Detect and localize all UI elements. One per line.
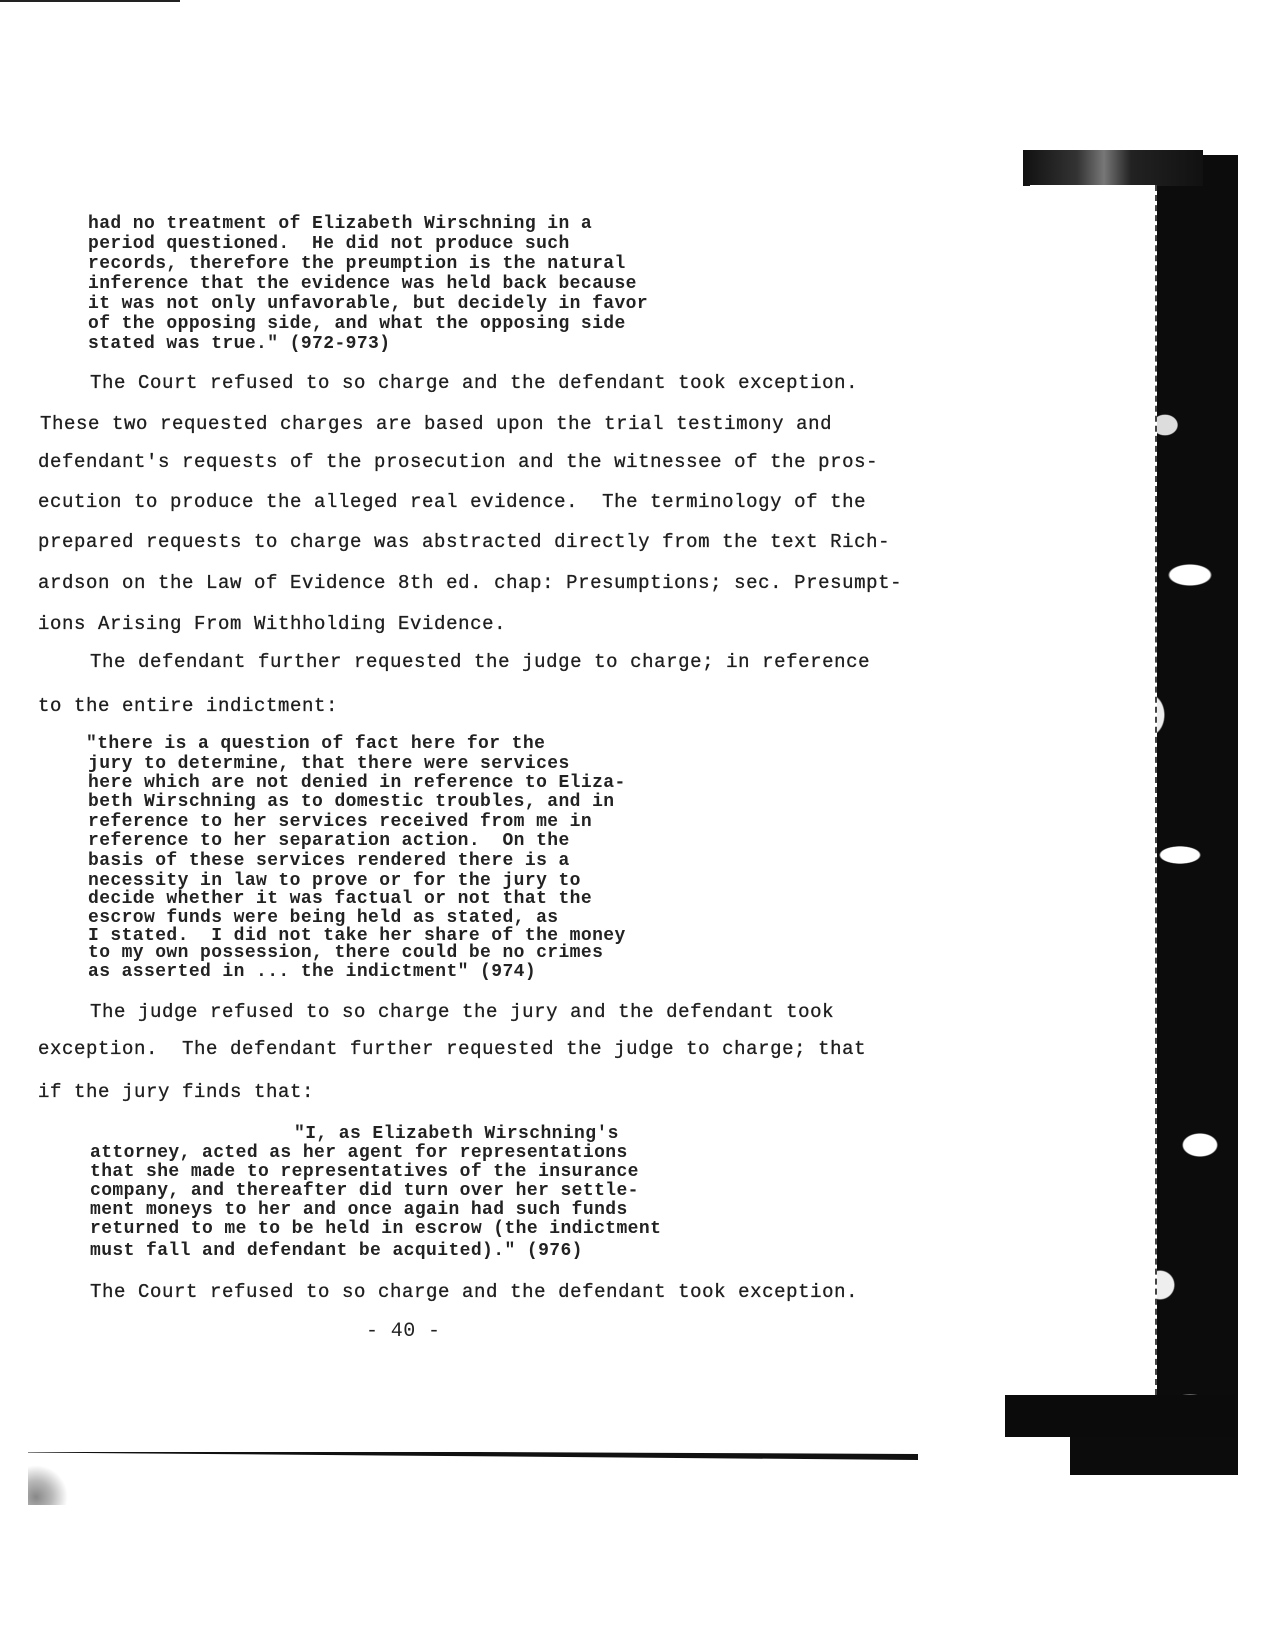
- quote-line: records, therefore the preumption is the…: [88, 254, 626, 274]
- quote-line: company, and thereafter did turn over he…: [90, 1181, 639, 1201]
- quote-line: as asserted in ... the indictment" (974): [88, 962, 536, 982]
- paragraph-line: The Court refused to so charge and the d…: [90, 372, 858, 394]
- quote-line: period questioned. He did not produce su…: [88, 234, 570, 254]
- quote-line: stated was true." (972-973): [88, 334, 390, 354]
- quote-line: beth Wirschning as to domestic troubles,…: [88, 792, 614, 812]
- quote-line: here which are not denied in reference t…: [88, 773, 626, 793]
- quote-line: ment moneys to her and once again had su…: [90, 1200, 628, 1220]
- quote-line: escrow funds were being held as stated, …: [88, 908, 558, 928]
- paragraph-line: The judge refused to so charge the jury …: [90, 1001, 834, 1023]
- scan-edge-panel: [1030, 185, 1157, 1395]
- paragraph-line: ecution to produce the alleged real evid…: [38, 491, 866, 513]
- quote-line: must fall and defendant be acquited)." (…: [90, 1241, 583, 1261]
- quote-line: "there is a question of fact here for th…: [86, 734, 545, 754]
- paragraph-line: The Court refused to so charge and the d…: [90, 1281, 858, 1303]
- paragraph-line: These two requested charges are based up…: [40, 413, 832, 435]
- paragraph-line: The defendant further requested the judg…: [90, 651, 870, 673]
- quote-line: basis of these services rendered there i…: [88, 851, 570, 871]
- quote-line: "I, as Elizabeth Wirschning's: [294, 1124, 619, 1144]
- document-page: had no treatment of Elizabeth Wirschning…: [0, 0, 1000, 1650]
- paragraph-line: if the jury finds that:: [38, 1081, 314, 1103]
- paragraph-line: ardson on the Law of Evidence 8th ed. ch…: [38, 572, 902, 594]
- quote-line: of the opposing side, and what the oppos…: [88, 314, 626, 334]
- quote-line: to my own possession, there could be no …: [88, 943, 603, 963]
- quote-line: attorney, acted as her agent for represe…: [90, 1143, 628, 1163]
- quote-line: had no treatment of Elizabeth Wirschning…: [88, 214, 592, 234]
- quote-line: reference to her services received from …: [88, 812, 592, 832]
- paragraph-line: exception. The defendant further request…: [38, 1038, 866, 1060]
- paragraph-line: defendant's requests of the prosecution …: [38, 451, 878, 473]
- scan-noise-mark: [28, 1465, 68, 1505]
- quote-line: that she made to representatives of the …: [90, 1162, 639, 1182]
- quote-line: returned to me to be held in escrow (the…: [90, 1219, 661, 1239]
- paragraph-line: to the entire indictment:: [38, 695, 338, 717]
- page-number: - 40 -: [366, 1320, 440, 1343]
- quote-line: jury to determine, that there were servi…: [88, 754, 570, 774]
- quote-line: it was not only unfavorable, but decidel…: [88, 294, 648, 314]
- paragraph-line: ions Arising From Withholding Evidence.: [38, 613, 506, 635]
- quote-line: inference that the evidence was held bac…: [88, 274, 637, 294]
- quote-line: decide whether it was factual or not tha…: [88, 889, 592, 909]
- paragraph-line: prepared requests to charge was abstract…: [38, 531, 890, 553]
- scan-edge-top-band: [1023, 150, 1203, 186]
- quote-line: reference to her separation action. On t…: [88, 831, 570, 851]
- scan-edge-bottom-band: [1005, 1395, 1235, 1437]
- quote-line: necessity in law to prove or for the jur…: [88, 871, 581, 891]
